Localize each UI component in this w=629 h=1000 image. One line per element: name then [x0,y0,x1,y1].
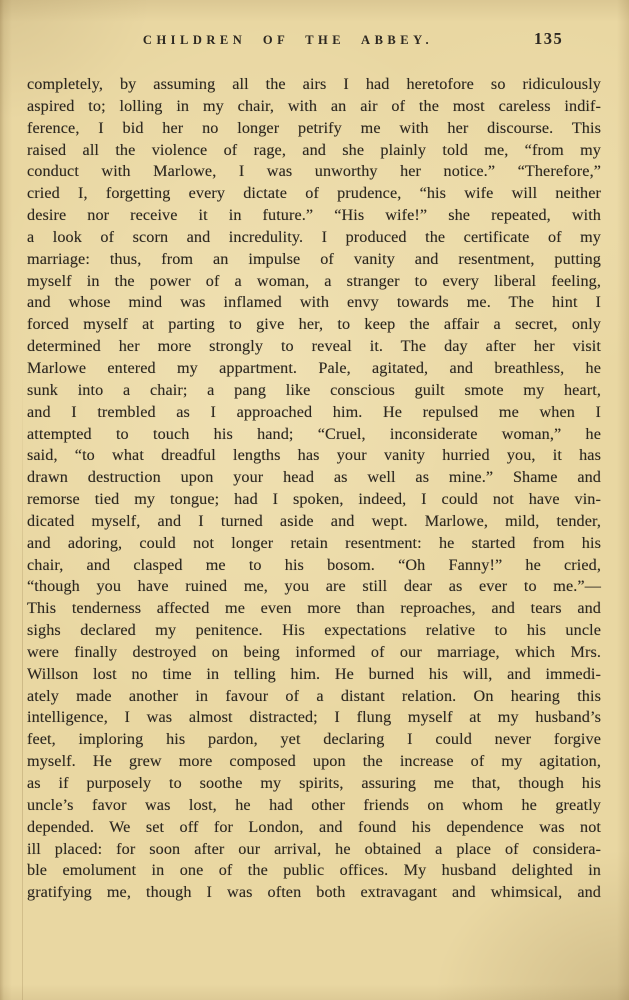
text-line: intelligence, I was almost distracted; I… [27,707,601,729]
text-line: ill placed: for soon after our arrival, … [27,839,601,861]
text-line: depended. We set off for London, and fou… [27,817,601,839]
text-line: cried I, forgetting every dictate of pru… [27,183,601,205]
text-line: marriage: thus, from an impulse of vanit… [27,249,601,271]
text-line: forced myself at parting to give her, to… [27,314,601,336]
text-line: and whose mind was inflamed with envy to… [27,292,601,314]
text-line: ference, I bid her no longer petrify me … [27,118,601,140]
text-line: sighs declared my penitence. His expecta… [27,620,601,642]
text-line: gratifying me, though I was often both e… [27,882,601,904]
text-line: uncle’s favor was lost, he had other fri… [27,795,601,817]
text-line: drawn destruction upon your head as well… [27,467,601,489]
text-line: chair, and clasped me to his bosom. “Oh … [27,555,601,577]
text-line: remorse tied my tongue; had I spoken, in… [27,489,601,511]
text-line: attempted to touch his hand; “Cruel, inc… [27,424,601,446]
text-line: myself. He grew more composed upon the i… [27,751,601,773]
text-line: and adoring, could not longer retain res… [27,533,601,555]
text-line: “though you have ruined me, you are stil… [27,576,601,598]
text-line: conduct with Marlowe, I was unworthy her… [27,161,601,183]
page-crease [22,360,23,1000]
text-line: Marlowe entered my appartment. Pale, agi… [27,358,601,380]
text-line: completely, by assuming all the airs I h… [27,74,601,96]
text-line: determined her more strongly to reveal i… [27,336,601,358]
page-number: 135 [534,29,563,49]
page-header: CHILDREN OF THE ABBEY. 135 [0,30,629,52]
text-line: ble emolument in one of the public offic… [27,860,601,882]
text-line: said, “to what dreadful lengths has your… [27,445,601,467]
running-title: CHILDREN OF THE ABBEY. [143,33,433,48]
text-line: myself in the power of a woman, a strang… [27,271,601,293]
text-line: and I trembled as I approached him. He r… [27,402,601,424]
text-line: as if purposely to soothe my spirits, as… [27,773,601,795]
text-line: sunk into a chair; a pang like conscious… [27,380,601,402]
text-line: feet, imploring his pardon, yet declarin… [27,729,601,751]
text-line: This tenderness affected me even more th… [27,598,601,620]
text-line: ately made another in favour of a distan… [27,686,601,708]
text-line: raised all the violence of rage, and she… [27,140,601,162]
text-line: desire nor receive it in future.” “His w… [27,205,601,227]
text-line: dicated myself, and I turned aside and w… [27,511,601,533]
book-page: CHILDREN OF THE ABBEY. 135 completely, b… [0,0,629,1000]
page-text: completely, by assuming all the airs I h… [27,74,601,904]
text-line: Willson lost no time in telling him. He … [27,664,601,686]
text-line: a look of scorn and incredulity. I produ… [27,227,601,249]
text-line: were finally destroyed on being informed… [27,642,601,664]
text-line: aspired to; lolling in my chair, with an… [27,96,601,118]
